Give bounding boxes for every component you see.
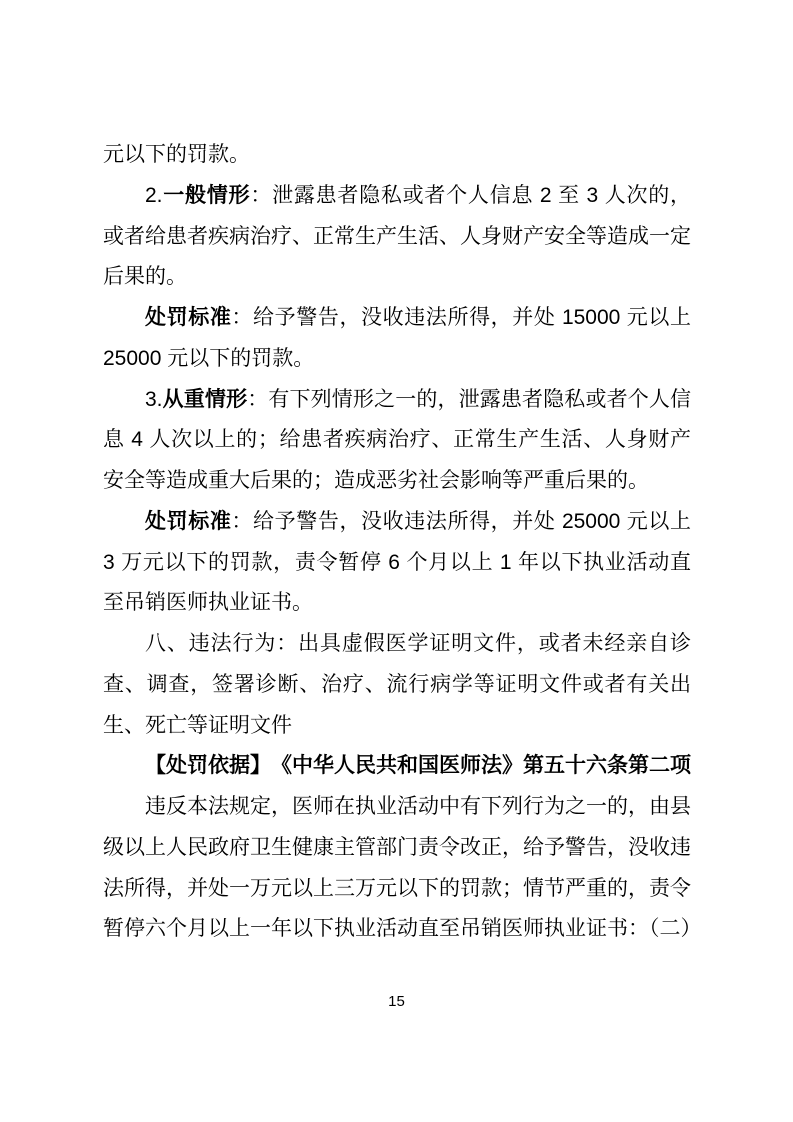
paragraph: 违反本法规定，医师在执业活动中有下列行为之一的，由县级以上人民政府卫生健康主管部… — [103, 787, 691, 950]
bold-text-run: 从重情形 — [163, 388, 248, 411]
bold-text-run: 【处罚依据】 《中华人民共和国医师法》第五十六条第二项 — [145, 754, 691, 777]
text-run: 八、违法行为：出具虚假医学证明文件，或者未经亲自诊查、调查，签署诊断、治疗、流行… — [103, 632, 691, 737]
text-run: 2. — [145, 184, 163, 207]
bold-text-run: 处罚标准 — [145, 306, 231, 329]
text-run: 违反本法规定，医师在执业活动中有下列行为之一的，由县级以上人民政府卫生健康主管部… — [103, 795, 702, 940]
bold-text-run: 处罚标准 — [145, 510, 231, 533]
paragraph: 处罚标准：给予警告，没收违法所得，并处 25000 元以上 3 万元以下的罚款，… — [103, 502, 691, 624]
bold-text-run: 一般情形 — [163, 184, 251, 207]
paragraph: 元以下的罚款。 — [103, 135, 691, 176]
text-run: 元以下的罚款。 — [103, 143, 250, 166]
paragraph: 3.从重情形：有下列情形之一的，泄露患者隐私或者个人信息 4 人次以上的；给患者… — [103, 380, 691, 502]
paragraph: 2.一般情形：泄露患者隐私或者个人信息 2 至 3 人次的，或者给患者疾病治疗、… — [103, 176, 691, 298]
text-run: 3. — [145, 388, 163, 411]
paragraph: 【处罚依据】 《中华人民共和国医师法》第五十六条第二项 — [103, 746, 691, 787]
paragraph: 处罚标准：给予警告，没收违法所得，并处 15000 元以上 25000 元以下的… — [103, 298, 691, 380]
document-body: 元以下的罚款。2.一般情形：泄露患者隐私或者个人信息 2 至 3 人次的，或者给… — [103, 135, 691, 950]
paragraph: 八、违法行为：出具虚假医学证明文件，或者未经亲自诊查、调查，签署诊断、治疗、流行… — [103, 624, 691, 746]
page-number: 15 — [0, 993, 793, 1010]
document-page: 元以下的罚款。2.一般情形：泄露患者隐私或者个人信息 2 至 3 人次的，或者给… — [0, 0, 793, 1122]
